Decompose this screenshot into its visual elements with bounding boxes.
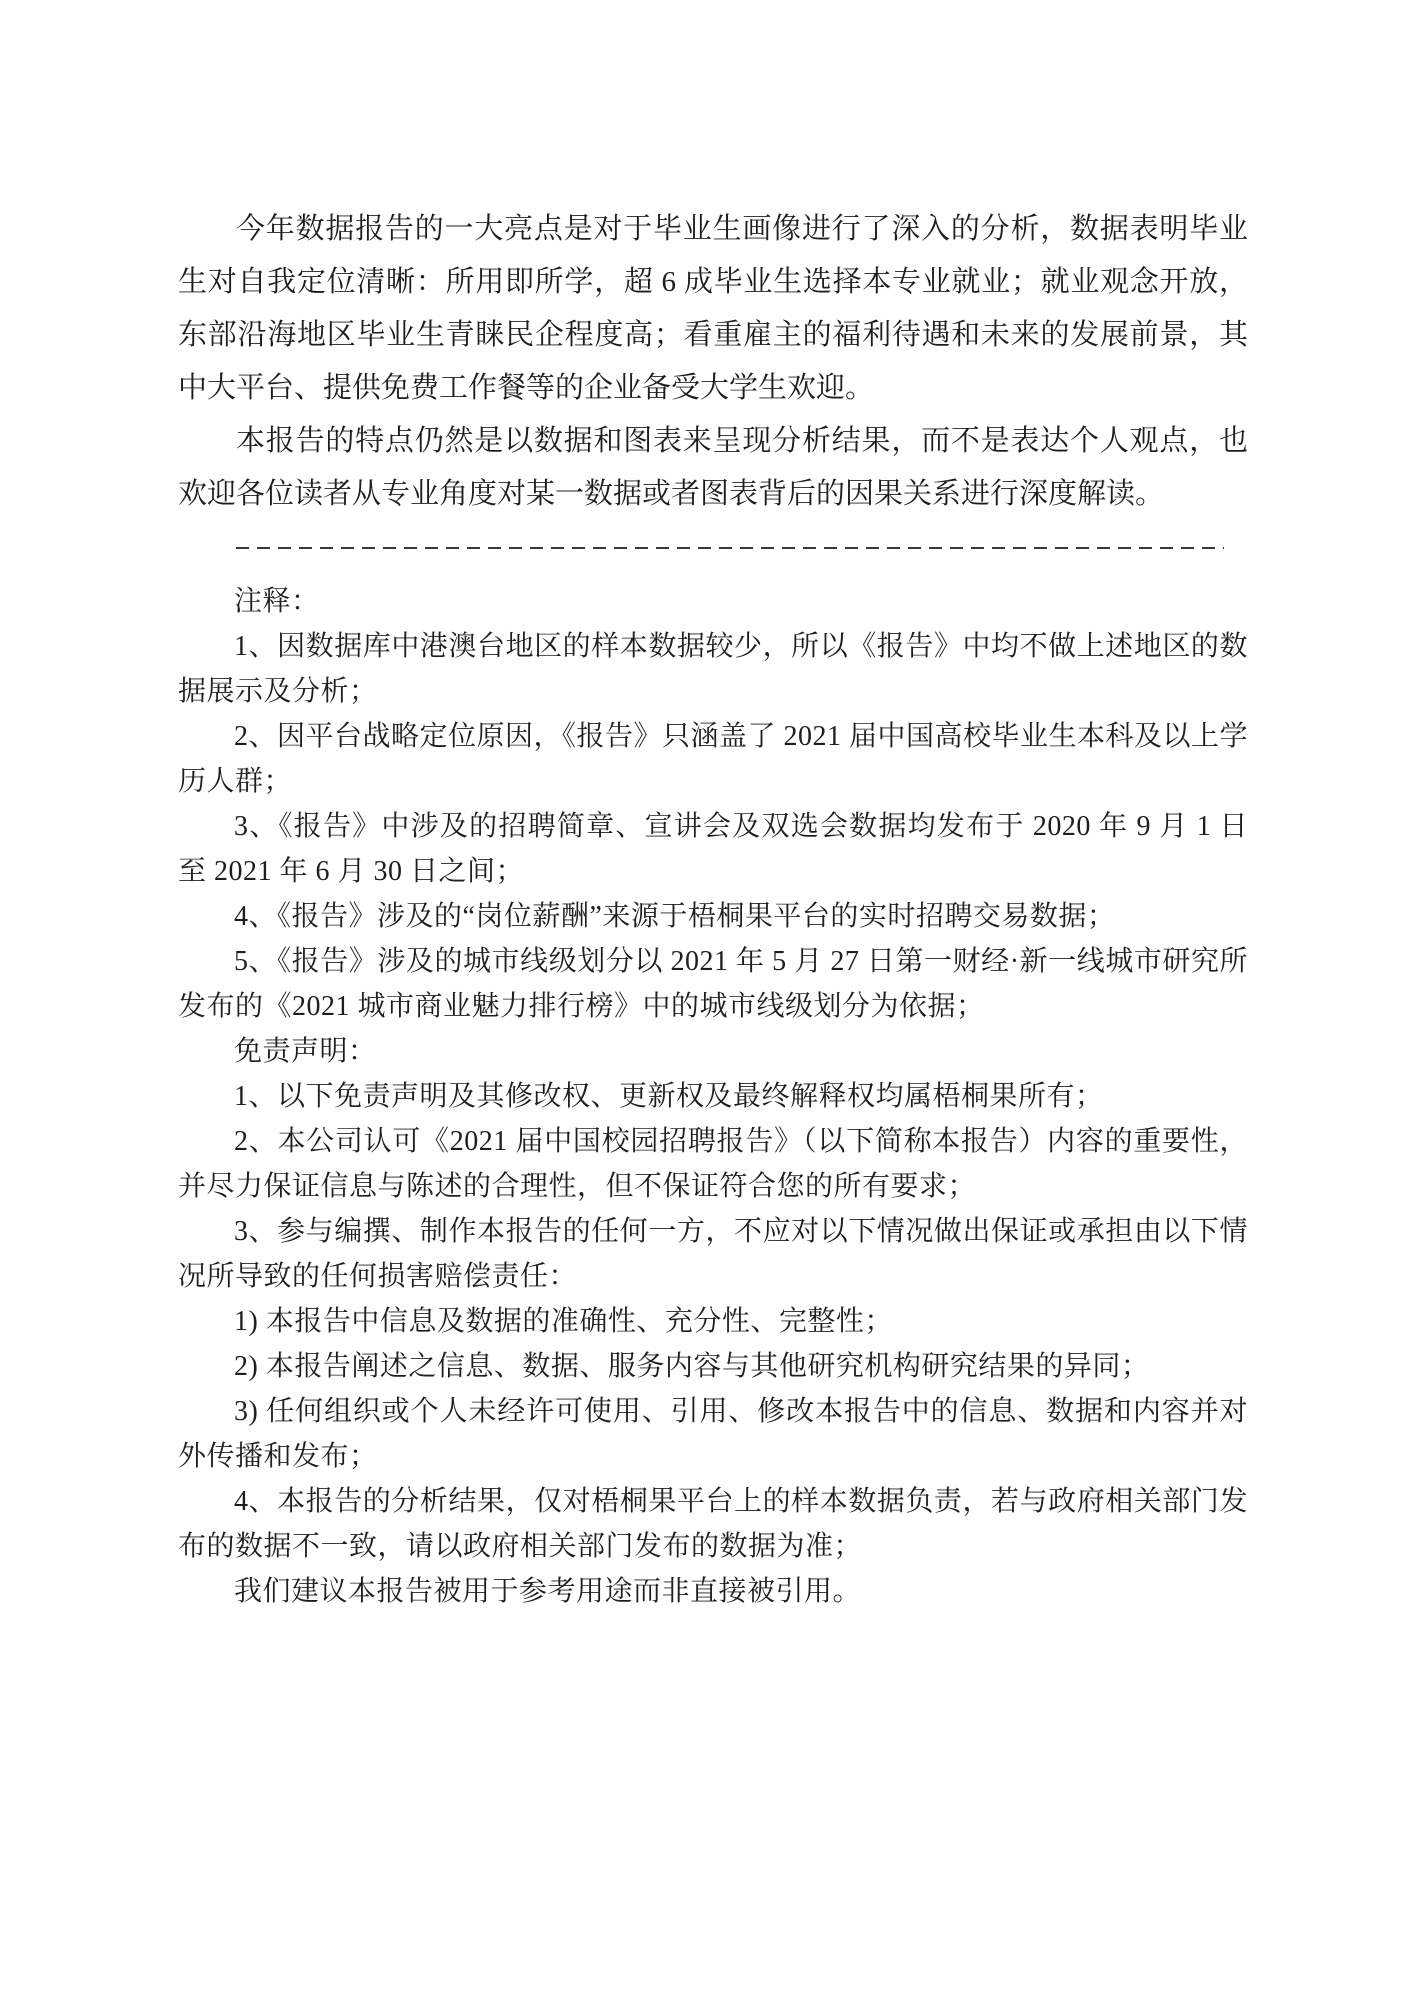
disclaimer-section: 免责声明： 1、以下免责声明及其修改权、更新权及最终解释权均属梧桐果所有； 2、… [178,1029,1248,1614]
intro-paragraph-2: 本报告的特点仍然是以数据和图表来呈现分析结果，而不是表达个人观点，也欢迎各位读者… [178,415,1248,521]
disclaimer-subitem-2: 2) 本报告阐述之信息、数据、服务内容与其他研究机构研究结果的异同； [178,1344,1248,1389]
notes-heading: 注释： [178,579,1248,624]
notes-section: 注释： 1、因数据库中港澳台地区的样本数据较少，所以《报告》中均不做上述地区的数… [178,579,1248,1029]
document-page: 今年数据报告的一大亮点是对于毕业生画像进行了深入的分析，数据表明毕业生对自我定位… [0,0,1411,1995]
dashed-divider [236,547,1224,549]
note-item-3: 3、《报告》中涉及的招聘简章、宣讲会及双选会数据均发布于 2020 年 9 月 … [178,804,1248,894]
disclaimer-closing: 我们建议本报告被用于参考用途而非直接被引用。 [178,1569,1248,1614]
note-item-5: 5、《报告》涉及的城市线级划分以 2021 年 5 月 27 日第一财经·新一线… [178,939,1248,1029]
disclaimer-item-2: 2、本公司认可《2021 届中国校园招聘报告》（以下简称本报告）内容的重要性，并… [178,1119,1248,1209]
disclaimer-subitem-3: 3) 任何组织或个人未经许可使用、引用、修改本报告中的信息、数据和内容并对外传播… [178,1389,1248,1479]
disclaimer-item-3: 3、参与编撰、制作本报告的任何一方，不应对以下情况做出保证或承担由以下情况所导致… [178,1209,1248,1299]
note-item-4: 4、《报告》涉及的“岗位薪酬”来源于梧桐果平台的实时招聘交易数据； [178,894,1248,939]
disclaimer-item-4: 4、本报告的分析结果，仅对梧桐果平台上的样本数据负责，若与政府相关部门发布的数据… [178,1479,1248,1569]
page-content: 今年数据报告的一大亮点是对于毕业生画像进行了深入的分析，数据表明毕业生对自我定位… [0,0,1411,1614]
disclaimer-item-1: 1、以下免责声明及其修改权、更新权及最终解释权均属梧桐果所有； [178,1074,1248,1119]
note-item-1: 1、因数据库中港澳台地区的样本数据较少，所以《报告》中均不做上述地区的数据展示及… [178,624,1248,714]
disclaimer-subitem-1: 1) 本报告中信息及数据的准确性、充分性、完整性； [178,1299,1248,1344]
disclaimer-heading: 免责声明： [178,1029,1248,1074]
note-item-2: 2、因平台战略定位原因，《报告》只涵盖了 2021 届中国高校毕业生本科及以上学… [178,714,1248,804]
intro-paragraph-1: 今年数据报告的一大亮点是对于毕业生画像进行了深入的分析，数据表明毕业生对自我定位… [178,203,1248,415]
